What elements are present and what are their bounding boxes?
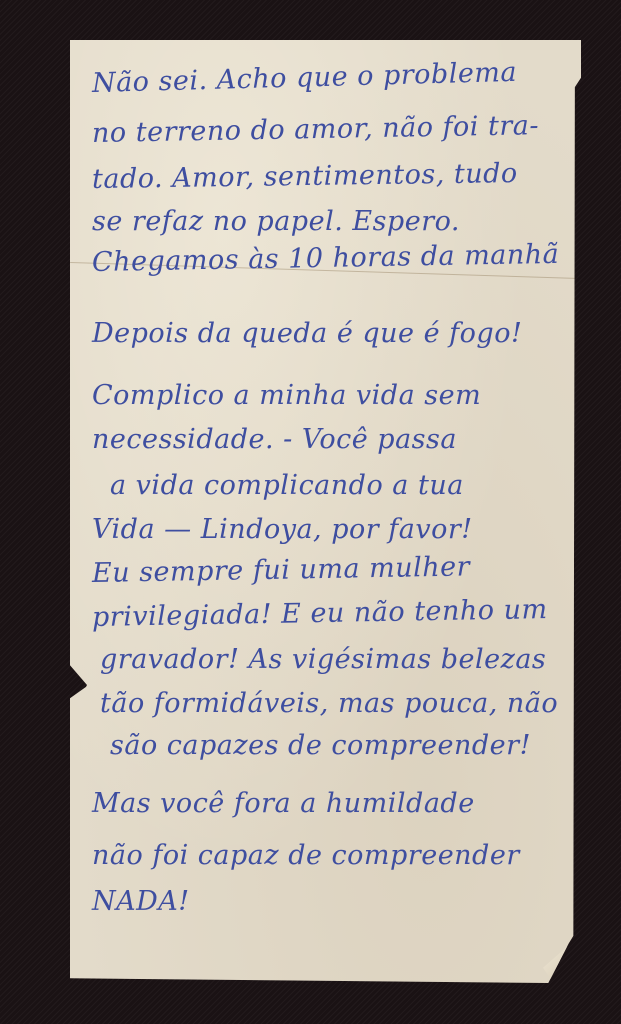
note-line: necessidade. - Você passa <box>92 424 457 455</box>
note-line: se refaz no papel. Espero. <box>92 206 460 237</box>
note-text: Não sei. Acho que o problema no terreno … <box>70 40 581 983</box>
note-line: tão formidáveis, mas pouca, não <box>100 688 558 719</box>
note-line: no terreno do amor, não foi tra- <box>92 110 540 149</box>
note-line: são capazes de compreender! <box>110 730 531 761</box>
note-line: Complico a minha vida sem <box>92 380 481 411</box>
note-line: a vida complicando a tua <box>110 470 464 501</box>
note-line: não foi capaz de compreender <box>92 840 520 871</box>
note-line: gravador! As vigésimas belezas <box>100 644 546 675</box>
note-line: tado. Amor, sentimentos, tudo <box>92 158 518 195</box>
note-line: Chegamos às 10 horas da manhã <box>92 239 560 278</box>
note-line: Mas você fora a humildade <box>92 788 475 819</box>
note-line: Eu sempre fui uma mulher <box>92 551 471 589</box>
handwritten-note-paper: Não sei. Acho que o problema no terreno … <box>70 40 581 983</box>
note-line: privilegiada! E eu não tenho um <box>92 594 548 633</box>
note-line: Vida — Lindoya, por favor! <box>92 514 473 545</box>
note-line: Não sei. Acho que o problema <box>92 57 518 99</box>
note-line: Depois da queda é que é fogo! <box>92 318 522 349</box>
note-line: NADA! <box>92 886 190 917</box>
